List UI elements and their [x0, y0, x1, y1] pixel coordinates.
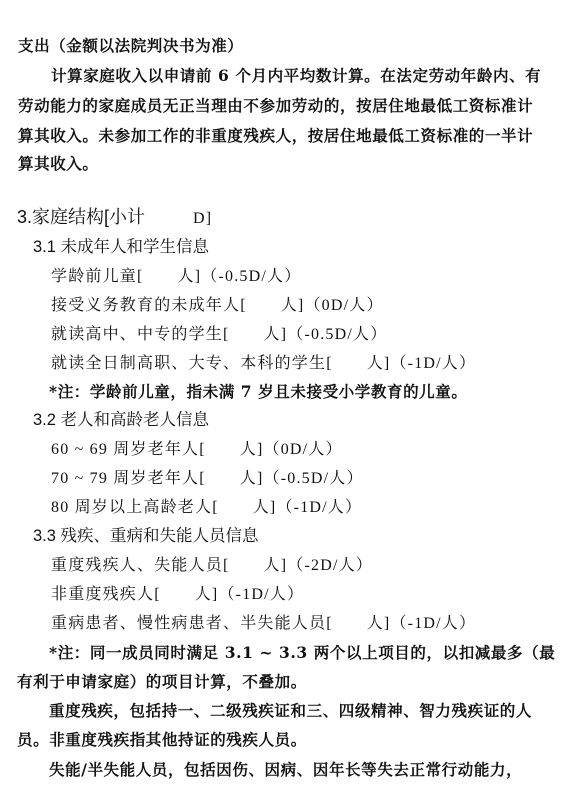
list-item-preschool: 学龄前儿童[人]（-0.5D/人）	[51, 262, 301, 291]
item-label: 就读高中、中专的学生[	[51, 326, 230, 343]
list-item-serious-illness: 重病患者、慢性病患者、半失能人员[人]（-1D/人）	[51, 609, 476, 638]
item-label: 80 周岁以上高龄老人[	[51, 499, 219, 516]
list-item-severe-disability: 重度残疾人、失能人员[人]（-2D/人）	[51, 551, 373, 580]
note-severe-definition-line: 重度残疾，包括持一、二级残疾证和三、四级精神、智力残疾证的人	[49, 696, 532, 725]
item-label: 重病患者、慢性病患者、半失能人员[	[51, 615, 333, 632]
list-item-age-70-79: 70 ~ 79 周岁老年人[人]（-0.5D/人）	[51, 464, 364, 493]
subsection-title-disability: 3.3 残疾、重病和失能人员信息	[33, 522, 259, 551]
note-disabled-definition-line: 失能/半失能人员，包括因伤、因病、因年长等失去正常行动能力，	[49, 755, 522, 784]
item-unit: 人]（-0.5D/人）	[178, 268, 302, 285]
expense-heading-tail: 支出（金额以法院判决书为准）	[18, 31, 243, 60]
income-paragraph-line: 算其收入。	[18, 149, 99, 178]
income-paragraph-line: 劳动能力的家庭成员无正当理由不参加劳动的，按居住地最低工资标准计	[18, 91, 533, 120]
subsection-title-minors: 3.1 未成年人和学生信息	[33, 233, 209, 262]
item-label: 60 ~ 69 周岁老年人[	[51, 441, 206, 458]
section-title-family-structure: 3.家庭结构[小计D]	[17, 203, 212, 232]
note-severe-definition-line: 员。非重度残疾指其他持证的残疾人员。	[17, 725, 307, 754]
item-unit: 人]（-1D/人）	[367, 615, 476, 632]
item-label: 重度残疾人、失能人员[	[51, 557, 230, 574]
income-paragraph-line: 计算家庭收入以申请前 6 个月内平均数计算。在法定劳动年龄内、有	[51, 61, 541, 90]
item-label: 接受义务教育的未成年人[	[51, 297, 247, 314]
list-item-compulsory: 接受义务教育的未成年人[人]（0D/人）	[51, 291, 384, 320]
item-unit: 人]（-0.5D/人）	[264, 326, 388, 343]
list-item-highschool: 就读高中、中专的学生[人]（-0.5D/人）	[51, 320, 387, 349]
subsection-title-elderly: 3.2 老人和高龄老人信息	[33, 406, 209, 435]
list-item-age-80-plus: 80 周岁以上高龄老人[人]（-1D/人）	[51, 493, 362, 522]
item-unit: 人]（-0.5D/人）	[240, 470, 364, 487]
item-label: 70 ~ 79 周岁老年人[	[51, 470, 206, 487]
section-title-prefix: 3.家庭结构[小计	[17, 207, 145, 227]
item-label: 就读全日制高职、大专、本科的学生[	[51, 355, 333, 372]
item-label: 非重度残疾人[	[51, 586, 161, 603]
list-item-college: 就读全日制高职、大专、本科的学生[人]（-1D/人）	[51, 349, 476, 378]
item-unit: 人]（-2D/人）	[264, 557, 373, 574]
note-preschool: *注：学龄前儿童，指未满 7 岁且未接受小学教育的儿童。	[49, 377, 468, 406]
section-title-suffix: D]	[193, 210, 212, 227]
item-unit: 人]（-1D/人）	[253, 499, 362, 516]
income-paragraph-line: 算其收入。未参加工作的非重度残疾人，按居住地最低工资标准的一半计	[18, 121, 533, 150]
list-item-non-severe-disability: 非重度残疾人[人]（-1D/人）	[51, 580, 304, 609]
item-unit: 人]（0D/人）	[240, 441, 343, 458]
item-unit: 人]（0D/人）	[281, 297, 384, 314]
note-overlap-line: *注：同一成员同时满足 3.1 ~ 3.3 两个以上项目的，以扣减最多（最	[49, 638, 555, 667]
item-unit: 人]（-1D/人）	[195, 586, 304, 603]
note-overlap-line: 有利于申请家庭）的项目计算，不叠加。	[17, 667, 307, 696]
item-label: 学龄前儿童[	[51, 268, 144, 285]
item-unit: 人]（-1D/人）	[367, 355, 476, 372]
list-item-age-60-69: 60 ~ 69 周岁老年人[人]（0D/人）	[51, 435, 343, 464]
